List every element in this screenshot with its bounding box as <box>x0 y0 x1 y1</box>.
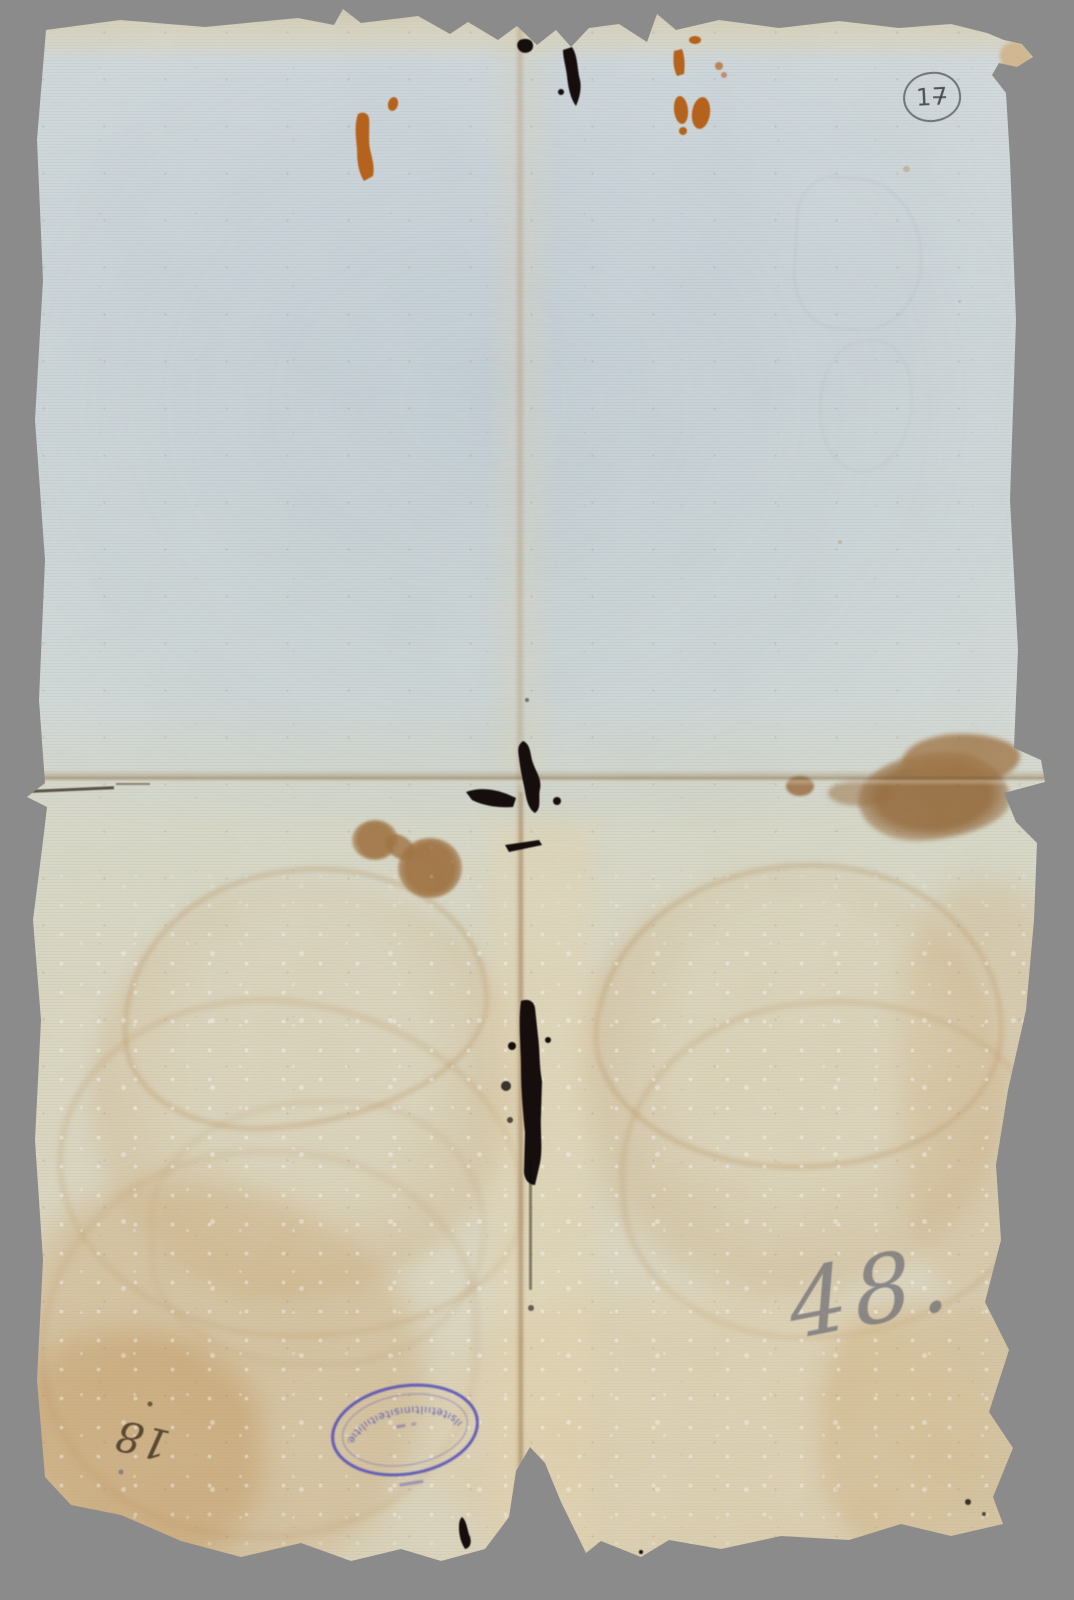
paper-sheet: 18 ılsıtetııltınısıteıtıılıtıetılsıtı 17 <box>0 0 1074 1600</box>
edge-browning <box>0 0 1074 1600</box>
scan-background: 18 ılsıtetııltınısıteıtıılıtıetılsıtı 17 <box>0 0 1074 1600</box>
